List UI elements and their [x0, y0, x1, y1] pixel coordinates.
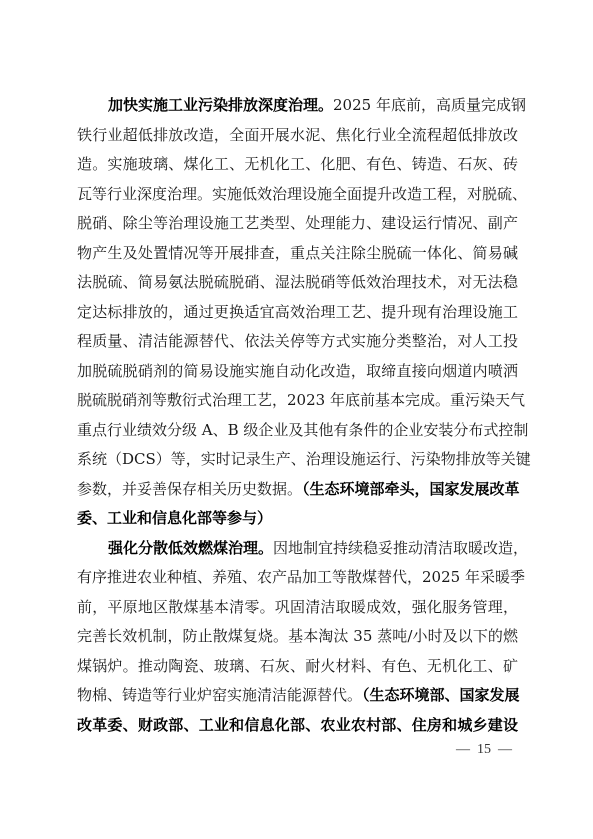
paragraph-1-line-9: 程质量、清洁能源替代、依法关停等方式实施分类整治，对人工投 — [77, 327, 518, 357]
responsible-departments: （生态环境部、国家发展 — [362, 686, 520, 704]
paragraph-2-line-1: 强化分散低效燃煤治理。因地制宜持续稳妥推动清洁取暖改造， — [77, 534, 518, 564]
paragraph-2-line-7: 改革委、财政部、工业和信息化部、农业农村部、住房和城乡建设 — [77, 711, 518, 741]
line-text: 物棉、铸造等行业炉窑实施清洁能源替代。 — [77, 686, 362, 704]
document-page: 加快实施工业污染排放深度治理。2025 年底前，高质量完成钢 铁行业超低排放改造… — [0, 0, 593, 839]
responsible-departments-continued: 委、工业和信息化部等参与） — [77, 509, 272, 527]
line-text: 参数，并妥善保存相关历史数据。 — [77, 480, 302, 498]
body-text: 加快实施工业污染排放深度治理。2025 年底前，高质量完成钢 铁行业超低排放改造… — [77, 91, 518, 740]
responsible-departments: （生态环境部牵头，国家发展改革 — [302, 480, 520, 498]
paragraph-1-line-15: 委、工业和信息化部等参与） — [77, 504, 518, 534]
paragraph-1-line-1: 加快实施工业污染排放深度治理。2025 年底前，高质量完成钢 — [77, 91, 518, 121]
paragraph-1-line-12: 重点行业绩效分级 A、B 级企业及其他有条件的企业安装分布式控制 — [77, 416, 518, 446]
paragraph-1-line-11: 脱硫脱硝剂等敷衍式治理工艺，2023 年底前基本完成。重污染天气 — [77, 386, 518, 416]
paragraph-2-line-2: 有序推进农业种植、养殖、农产品加工等散煤替代，2025 年采暖季 — [77, 563, 518, 593]
paragraph-1-line-14: 参数，并妥善保存相关历史数据。（生态环境部牵头，国家发展改革 — [77, 475, 518, 505]
paragraph-2-line-6: 物棉、铸造等行业炉窑实施清洁能源替代。（生态环境部、国家发展 — [77, 681, 518, 711]
paragraph-2-line-5: 煤锅炉。推动陶瓷、玻璃、石灰、耐火材料、有色、无机化工、矿 — [77, 652, 518, 682]
paragraph-heading-industrial-pollution: 加快实施工业污染排放深度治理。 — [108, 96, 333, 114]
paragraph-1-line-8: 定达标排放的，通过更换适宜高效治理工艺、提升现有治理设施工 — [77, 298, 518, 328]
paragraph-2-line-3: 前，平原地区散煤基本清零。巩固清洁取暖成效，强化服务管理， — [77, 593, 518, 623]
paragraph-1-line-7: 法脱硫、简易氨法脱硫脱硝、湿法脱硝等低效治理技术，对无法稳 — [77, 268, 518, 298]
paragraph-1-line-6: 物产生及处置情况等开展排查，重点关注除尘脱硫一体化、简易碱 — [77, 239, 518, 269]
paragraph-2-line-4: 完善长效机制，防止散煤复烧。基本淘汰 35 蒸吨/小时及以下的燃 — [77, 622, 518, 652]
paragraph-1-line-10: 加脱硫脱硝剂的简易设施实施自动化改造，取缔直接向烟道内喷洒 — [77, 357, 518, 387]
paragraph-1-line-4: 瓦等行业深度治理。实施低效治理设施全面提升改造工程，对脱硫、 — [77, 180, 518, 210]
line-text: 2025 年底前，高质量完成钢 — [333, 96, 526, 114]
page-number: — 15 — — [456, 742, 512, 758]
paragraph-heading-coal-governance: 强化分散低效燃煤治理。 — [108, 539, 273, 557]
paragraph-1-line-13: 系统（DCS）等，实时记录生产、治理设施运行、污染物排放等关键 — [77, 445, 518, 475]
line-text: 因地制宜持续稳妥推动清洁取暖改造， — [273, 539, 528, 557]
paragraph-1-line-3: 造。实施玻璃、煤化工、无机化工、化肥、有色、铸造、石灰、砖 — [77, 150, 518, 180]
responsible-departments-continued: 改革委、财政部、工业和信息化部、农业农村部、住房和城乡建设 — [77, 716, 518, 734]
paragraph-1-line-5: 脱硝、除尘等治理设施工艺类型、处理能力、建设运行情况、副产 — [77, 209, 518, 239]
paragraph-1-line-2: 铁行业超低排放改造，全面开展水泥、焦化行业全流程超低排放改 — [77, 121, 518, 151]
